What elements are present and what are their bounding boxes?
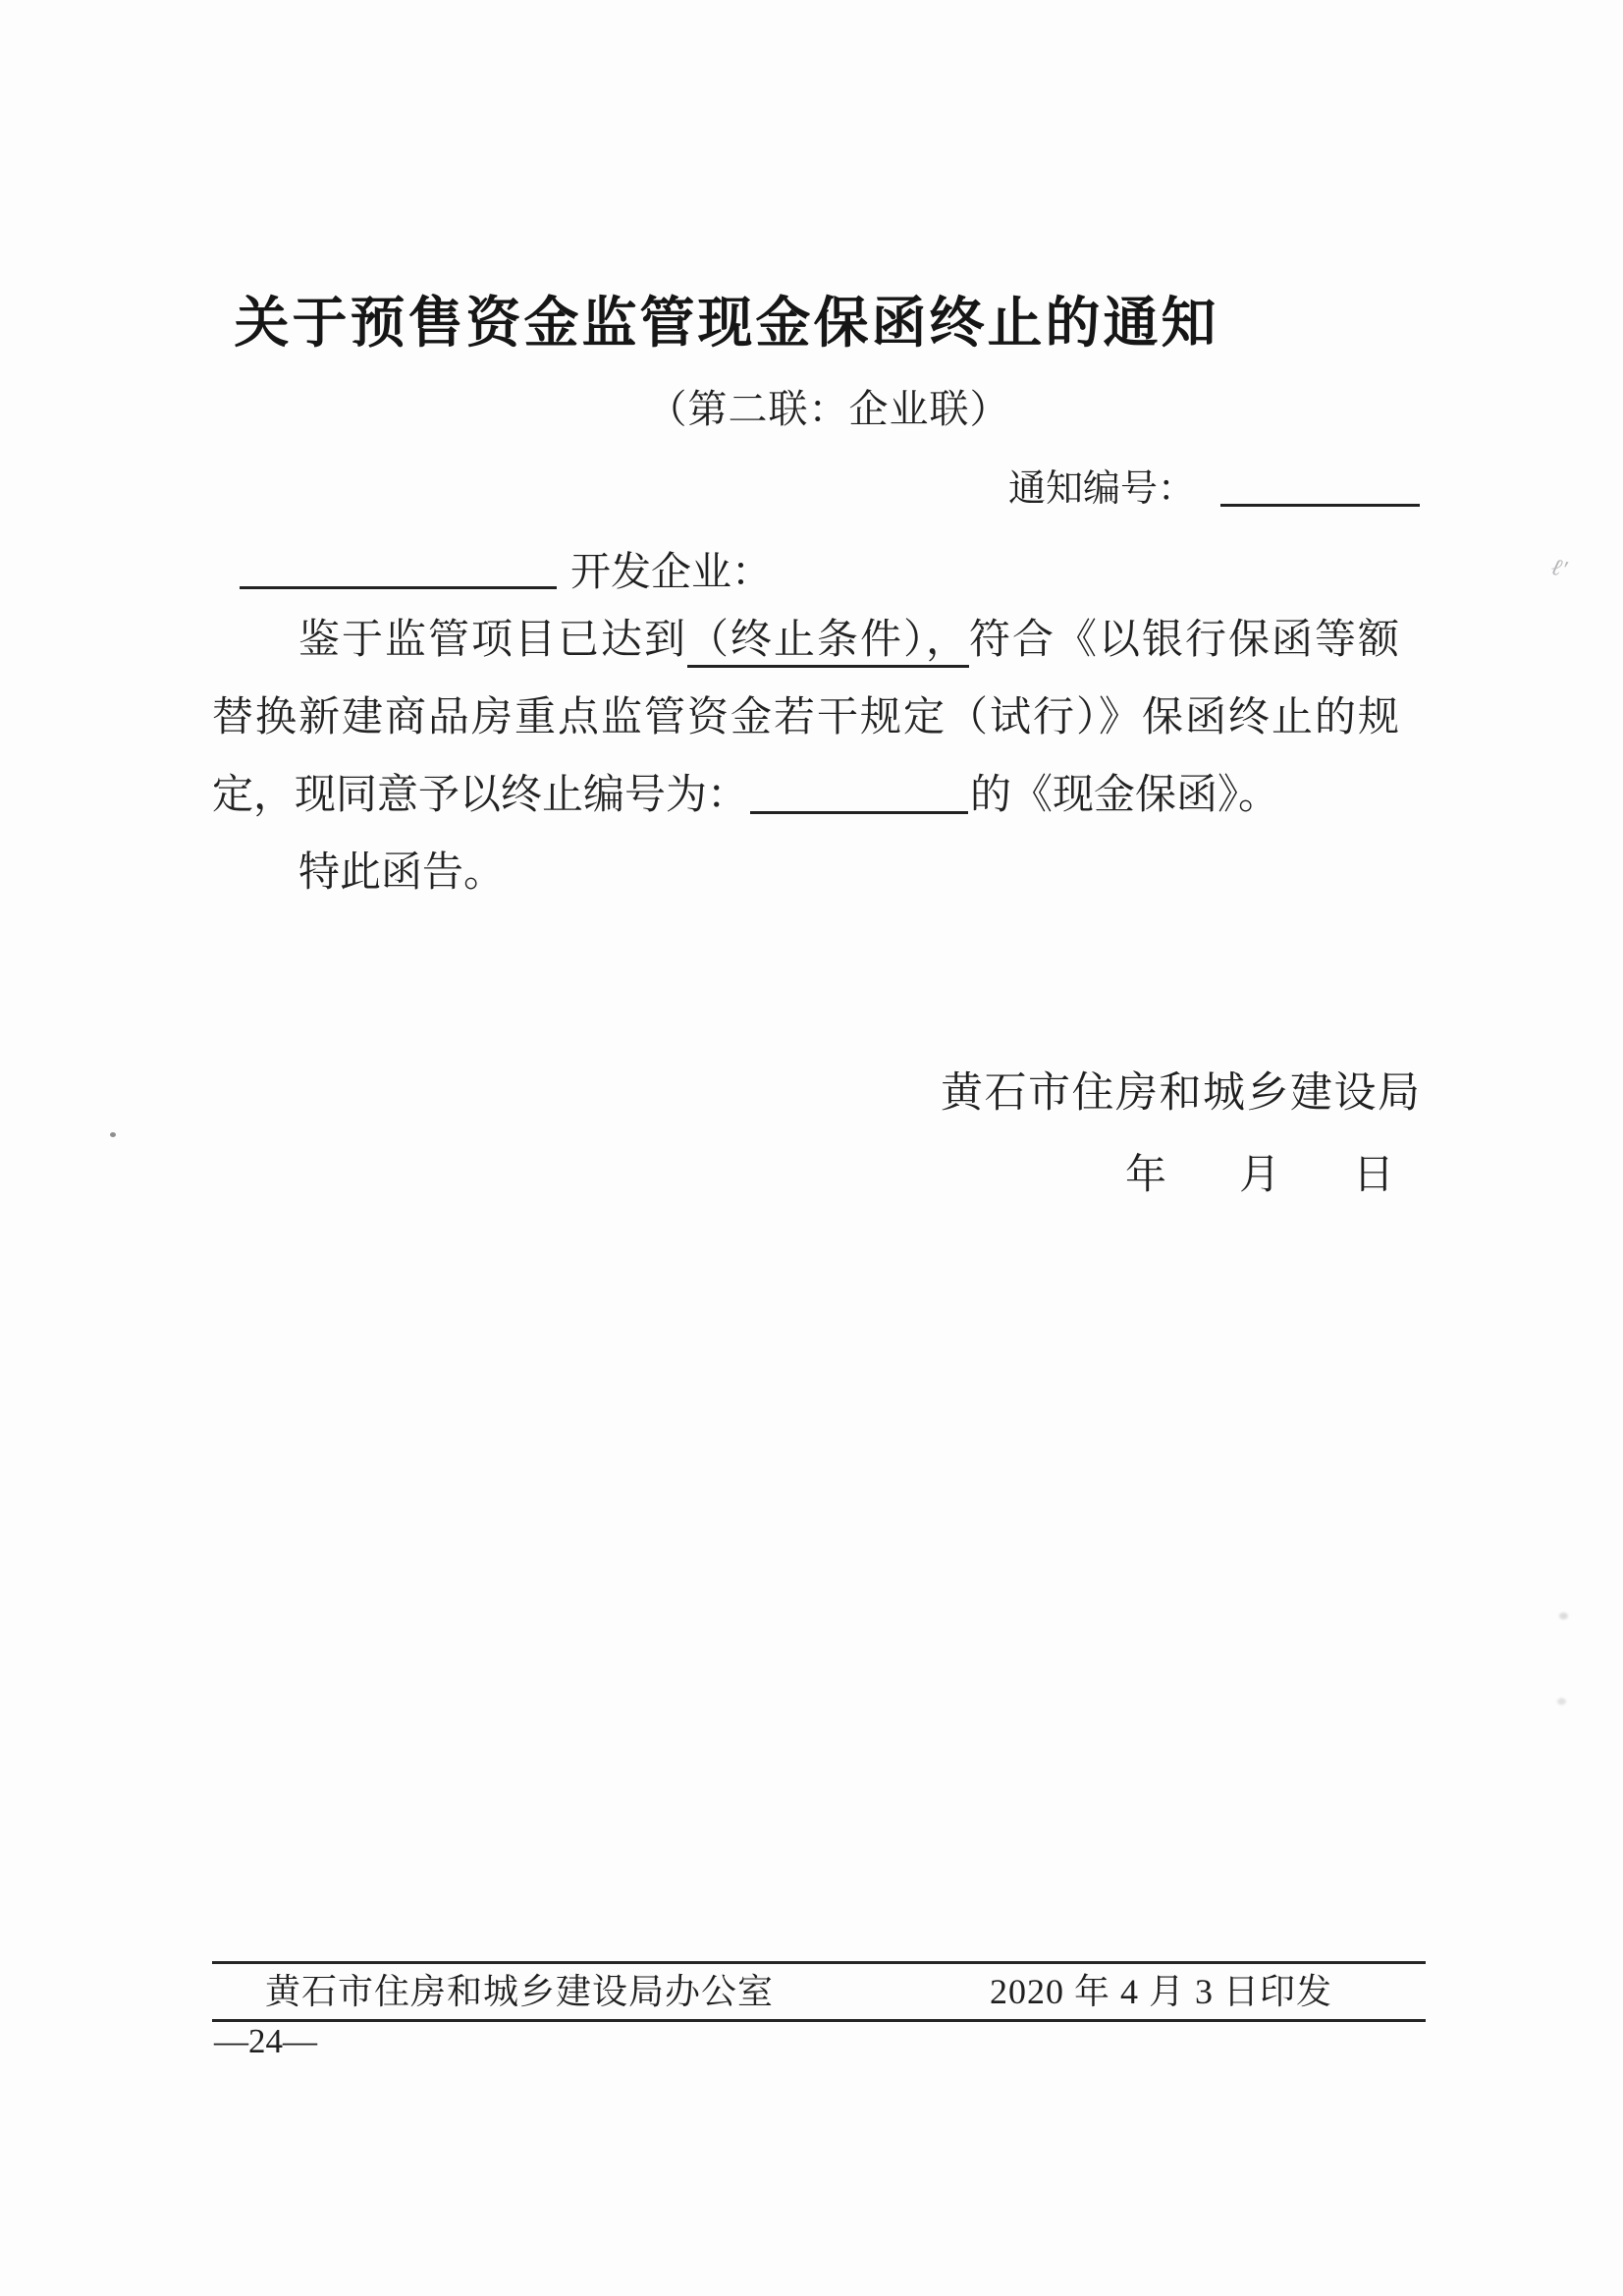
footer-print-date: 2020 年 4 月 3 日印发 — [990, 1970, 1332, 2013]
body-line1-seg3: 符合《以银行保函等额 — [969, 618, 1401, 663]
notice-number-row: 通知编号： — [1008, 468, 1420, 510]
issuing-org-signature: 黄石市住房和城乡建设局 — [941, 1070, 1422, 1118]
scan-pen-mark: ℓ′ — [1548, 555, 1569, 584]
signature-date-line: 年月日 — [1125, 1153, 1394, 1198]
footer-rule-bottom — [212, 2019, 1426, 2022]
termination-condition-underlined: （终止条件）， — [687, 618, 969, 668]
scanned-document-page: 关于预售资金监管现金保函终止的通知 （第二联：企业联） 通知编号： 开发企业： … — [0, 0, 1623, 2296]
scan-speck — [1559, 1613, 1568, 1619]
footer-rule-top — [212, 1961, 1426, 1964]
body-line-3: 定，现同意予以终止编号为：的《现金保函》。 — [212, 757, 1430, 835]
footer-issuer-office: 黄石市住房和城乡建设局办公室 — [265, 1970, 774, 2013]
scan-speck — [110, 1132, 116, 1137]
body-line1-seg1: 鉴于监管项目已达到 — [298, 618, 687, 663]
notice-number-label: 通知编号： — [1008, 468, 1195, 510]
addressee-label: 开发企业： — [570, 549, 772, 594]
closing-line: 特此函告。 — [212, 835, 1430, 912]
body-line-2: 替换新建商品房重点监管资金若干规定（试行）》保函终止的规 — [212, 680, 1430, 757]
page-title: 关于预售资金监管现金保函终止的通知 — [235, 295, 1219, 354]
scan-speck — [1557, 1698, 1566, 1705]
notice-number-blank — [1220, 494, 1420, 507]
page-number: —24— — [214, 2023, 317, 2060]
body-line3-seg2: 的《现金保函》。 — [970, 773, 1279, 818]
copy-designation-subtitle: （第二联：企业联） — [648, 388, 1010, 431]
addressee-row: 开发企业： — [240, 550, 772, 594]
day-label: 日 — [1353, 1153, 1394, 1198]
guarantee-number-blank — [750, 801, 968, 814]
month-label: 月 — [1239, 1153, 1280, 1198]
year-label: 年 — [1125, 1153, 1166, 1198]
body-line3-seg1: 定，现同意予以终止编号为： — [212, 773, 748, 818]
body-line-1: 鉴于监管项目已达到（终止条件），符合《以银行保函等额 — [212, 602, 1430, 680]
body-paragraph: 鉴于监管项目已达到（终止条件），符合《以银行保函等额 替换新建商品房重点监管资金… — [212, 602, 1430, 912]
addressee-name-blank — [240, 576, 557, 589]
